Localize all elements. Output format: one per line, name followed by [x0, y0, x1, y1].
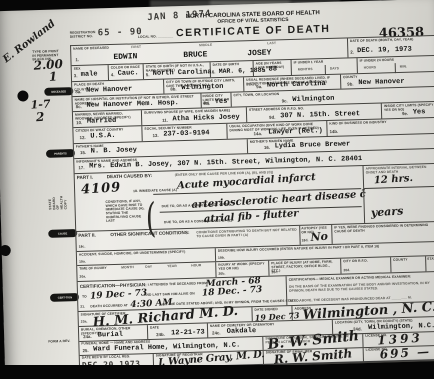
day-label: DAY: [145, 265, 152, 269]
last-saw-label: AND LAST SAW HIM ALIVE ON: [144, 292, 195, 297]
section-part1-cause: PART I. DEATH CAUSED BY: (ENTER ONLY ONE…: [75, 166, 365, 231]
death-occurred-label: DEATH OCCURRED AT: [90, 304, 128, 309]
under24-divider: [395, 63, 396, 73]
field-injury-city: CITY OR R.F.D. 20d.: [341, 257, 391, 273]
mother-value: Lydia Bruce Brewer: [275, 140, 351, 150]
burial-no: 24a.: [83, 335, 92, 340]
injury-at-work-no: 20b.: [218, 272, 225, 276]
pod-inside-no: 8d.: [204, 101, 210, 106]
field-date-signed: DATE SIGNED 19 Dec 73: [252, 306, 292, 321]
ssn-value: 237-03-9194: [163, 129, 209, 138]
section-certification-physician: CERTIFICATION—PHYSICIAN: I ATTENDED THE …: [78, 276, 288, 311]
min-label: MIN.: [400, 65, 407, 69]
first-label: FIRST: [131, 45, 141, 49]
field-burial-date: DATE 24b.12-21-73: [148, 323, 208, 339]
dob-no: 6.: [212, 70, 216, 74]
registration-district-label: REGISTRATION DISTRICT NO.: [70, 30, 96, 38]
race-value: Cauc.: [118, 69, 139, 78]
field-citizenship: CITIZEN OF WHAT COUNTRY 12.U.S.A.: [73, 126, 142, 143]
microfilm-frame: E. Rowland TYPE OR PRINT IN PERMANENT BL…: [0, 0, 434, 379]
margin-note-2: 2: [36, 110, 45, 124]
age-no: 7.: [262, 69, 266, 73]
hole-punch-bottom: [0, 245, 11, 256]
cert-examiner-text: ON THE BASIS OF THE EXAMINATION OF THE B…: [289, 281, 434, 293]
field-ssn: SOCIAL SECURITY NUMBER 13.237-03-9194: [142, 124, 227, 141]
field-residence-state: USUAL RESIDENCE (WHERE DECEASED LIVED. I…: [244, 75, 341, 92]
field-marital-status: MARRIED, NEVER MARRIED, WIDOWED, DIVORCE…: [73, 110, 142, 127]
tab-certification-label: CERT-TION: [57, 296, 71, 299]
injury-county-label: COUNTY: [393, 258, 408, 262]
conditions-note: CONDITIONS, IF ANY, WHICH GAVE RISE TO I…: [105, 199, 146, 223]
location-value: Wilmington, N.C.: [368, 322, 434, 332]
field-burial: BURIAL, CREMATION, OTHER (SPECIFY) 24a.B…: [79, 325, 148, 341]
interval-a-value: 12 hrs.: [374, 173, 414, 186]
residence-city-label: CITY, TOWN, OR LOCATION: [233, 92, 279, 97]
first-name: EDWIN: [113, 52, 137, 62]
funeral-home-no: 25.: [83, 349, 89, 354]
field-embalmer-license: LICENSE NO. 695 —: [364, 346, 434, 362]
field-residence-county: COUNTY 9b.New Hanover: [341, 72, 434, 89]
injury-city-no: 20d.: [343, 268, 350, 272]
film-bottom-band: [0, 365, 434, 379]
field-pod-inside-limits: INSIDE CITY LIMITS (YES OR NO) 8d.Yes: [201, 93, 231, 108]
field-injury-state: STATE: [426, 256, 434, 271]
form-grid: NAME OF DECEASED FIRST MIDDLE LAST 1. ED…: [70, 35, 434, 371]
field-if-under-1-year: IF UNDER 1 YEAR MONTHS DAYS: [292, 58, 358, 75]
column-interval: APPROXIMATE INTERVAL BETWEEN ONSET AND D…: [364, 164, 434, 223]
birth-state-value: North Carolina: [153, 68, 212, 78]
pod-city-value: Wilmington: [181, 83, 223, 92]
death-caused-label: DEATH CAUSED BY:: [107, 173, 153, 179]
dod-value: DEC. 19, 1973: [357, 46, 412, 56]
place-of-injury-label: PLACE OF INJURY (AT HOME, FARM, STREET, …: [271, 260, 339, 273]
days-label: DAYS: [330, 67, 339, 71]
middle-label: MIDDLE: [199, 43, 212, 47]
part2-label: PART II.: [78, 233, 96, 239]
tab-parents-label: PARENTS: [54, 152, 67, 155]
field-age: AGE (IN YEARS LAST BIRTHDAY) 7.88: [254, 60, 292, 76]
residence-inside-no: 9e.: [402, 112, 408, 117]
field-race: COLOR OR RACE 4.Cauc.: [109, 64, 144, 80]
other-conditions-sub: CONDITIONS CONTRIBUTING TO DEATH BUT NOT…: [196, 228, 297, 238]
ssn-no: 13.: [153, 134, 159, 139]
residence-inside-value: Yes: [413, 108, 426, 116]
field-findings-considered: IF YES, WERE FINDINGS CONSIDERED IN DETE…: [332, 222, 434, 244]
sex-no: 3.: [74, 74, 78, 78]
under1-divider: [325, 65, 326, 75]
occupation-no: 14a.: [254, 132, 263, 137]
spouse-no: 11.: [162, 119, 168, 124]
residence-city-value: Wilmington: [292, 95, 334, 104]
margin-note-1: 1: [48, 69, 57, 83]
under1-label: IF UNDER 1 YEAR: [294, 60, 324, 65]
certifier-signature-no: 23a.: [81, 320, 88, 324]
sex-value: male: [81, 70, 98, 78]
field-date-of-birth: DATE OF BIRTH 6.MAR. 6, 1885: [211, 61, 254, 77]
pod-county-no: 8a.: [75, 90, 81, 95]
field-sex: SEX 3.male: [72, 65, 109, 81]
street-no: 9d.: [269, 116, 275, 121]
dod-label: DATE OF DEATH (MONTH, DAY, YEAR): [350, 38, 413, 44]
marital-no: 10.: [76, 121, 82, 126]
part1-label: PART I.: [77, 175, 93, 181]
field-date-of-death: DATE OF DEATH (MONTH, DAY, YEAR) 2.DEC. …: [348, 36, 434, 57]
pod-inside-value: Yes: [215, 98, 228, 106]
residence-county-value: New Hanover: [358, 78, 404, 87]
embalmer-license-value: 695 —: [379, 344, 431, 361]
dod-no: 2.: [350, 50, 354, 54]
registration-district-number: 65 - 90: [98, 27, 143, 38]
field-pod-county: PLACE OF DEATH COUNTY 8a.New Hanover: [72, 80, 164, 97]
last-name: JOSEY: [247, 49, 271, 59]
hospital-no: 8c.: [76, 105, 82, 110]
field-if-under-24-hours: IF UNDER 24 HOURS HOURS MIN.: [358, 56, 434, 73]
death-certificate: E. Rowland TYPE OR PRINT IN PERMANENT BL…: [0, 0, 434, 371]
age-value: 88: [269, 65, 278, 73]
citizen-no: 12.: [80, 136, 86, 141]
received-label: DATE REC'D BY LOCAL REG.: [82, 354, 152, 360]
attended-label: I ATTENDED THE DECEASED FROM: [148, 281, 207, 286]
occupation-value: Lawyer (Ret.): [268, 127, 323, 137]
tab-parents: PARENTS: [46, 149, 75, 158]
field-pod-city: CITY OR TOWN (IF OUTSIDE CITY LIMITS, GI…: [164, 77, 244, 93]
residence-state-no: 9a.: [256, 85, 262, 90]
autopsy-item-no: 18d.: [302, 239, 309, 243]
death-occurred-no: 21.: [80, 305, 85, 309]
industry-label: KIND OF BUSINESS OR INDUSTRY: [329, 120, 386, 125]
father-value: N. B. Josey: [91, 146, 137, 155]
under24-label: IF UNDER 24 HOURS: [360, 58, 395, 63]
other-conditions-label: OTHER SIGNIFICANT CONDITIONS:: [110, 230, 189, 237]
cause-code-handwritten: 4109: [81, 180, 122, 197]
industry-no: 14b.: [330, 130, 339, 135]
findings-label: IF YES, WERE FINDINGS CONSIDERED IN DETE…: [334, 223, 434, 234]
dob-label: DATE OF BIRTH: [213, 62, 239, 67]
pod-county-value: New Hanover: [86, 85, 132, 94]
interval-c-value: years: [370, 204, 403, 219]
name-label: NAME OF DECEASED: [73, 46, 109, 51]
injury-at-work-label: INJURY AT WORK (SPECIFY YES OR NO): [218, 262, 267, 271]
other-no: 18c.: [79, 245, 86, 249]
tab-cause-label: CAUSE: [58, 232, 67, 235]
copy-designation: STATE BOARD OF HEALTH COPY: [48, 194, 67, 209]
examiner-no: 22.: [289, 299, 294, 303]
year-label: YEAR: [167, 264, 177, 268]
hours-label: HOURS: [364, 66, 376, 70]
last-label: LAST: [267, 41, 276, 45]
injury-city-label: CITY OR R.F.D.: [343, 259, 368, 263]
to-label: TO: [82, 295, 87, 299]
burial-date-value: 12-21-73: [171, 329, 205, 338]
field-state-of-birth: STATE OF BIRTH (IF NOT IN U.S.A., NAME C…: [144, 62, 211, 79]
field-surviving-spouse: SURVIVING SPOUSE (IF WIFE, GIVE MAIDEN N…: [142, 107, 247, 125]
spouse-value: Atha Hicks Josey: [172, 113, 239, 123]
name-no: 1.: [75, 58, 79, 62]
cemetery-no: 24c.: [212, 331, 221, 336]
accident-no: 19a.: [79, 260, 86, 264]
field-industry: KIND OF BUSINESS OR INDUSTRY 14b.: [327, 118, 434, 136]
birth-state-no: 5.: [146, 73, 150, 77]
hospital-value: New Hanover Mem. Hosp.: [86, 99, 179, 110]
place-of-injury-no: 20c.: [271, 270, 278, 274]
informant-no: 17.: [78, 166, 84, 171]
race-no: 4.: [111, 73, 115, 77]
hole-punch-top: [17, 90, 28, 101]
mother-no: 16.: [264, 146, 270, 151]
field-injury-county: COUNTY: [391, 256, 426, 272]
tab-deceased-label: DECEASED: [51, 90, 66, 93]
field-embalmer-signature: SIGNATURE OF EMBALMER R. W. Smith: [264, 348, 364, 365]
month-label: MONTH: [121, 265, 134, 269]
field-autopsy: AUTOPSY (YES OR NO) 18d. No: [300, 225, 333, 245]
middle-name: BRUCE: [183, 50, 207, 60]
field-occupation: USUAL OCCUPATION (GIVE KIND OF WORK DONE…: [227, 121, 327, 139]
form-revision-note: FORM A REV.: [48, 339, 70, 343]
citizen-value: U.S.A.: [90, 132, 115, 141]
marital-value: Married: [87, 117, 117, 126]
header-title-block: NORTH CAROLINA STATE BOARD OF HEALTH OFF…: [160, 9, 346, 39]
tab-certification: CERT-TION: [50, 293, 79, 302]
residence-state-value: North Carolina: [267, 80, 326, 90]
time-of-injury-no: 20a.: [79, 275, 86, 279]
tab-cause: CAUSE: [48, 229, 77, 238]
autopsy-value: No: [310, 230, 328, 244]
accident-label: ACCIDENT, SUICIDE, HOMICIDE, OR UNDETERM…: [79, 249, 211, 256]
injury-state-label: STATE: [427, 257, 434, 261]
residence-city-no: 9c.: [282, 99, 288, 104]
describe-no: 19b.: [218, 256, 225, 260]
burial-date-no: 24b.: [156, 333, 165, 338]
residence-county-no: 9b.: [347, 82, 353, 87]
months-label: MONTHS: [298, 67, 313, 71]
burial-value: Burial: [98, 331, 123, 340]
time-of-injury-label: TIME OF INJURY: [79, 266, 107, 271]
field-residence-inside-limits: INSIDE CITY LIMITS (SPECIFY YES OR NO) 9…: [382, 102, 434, 119]
tab-deceased: DECEASED: [44, 87, 73, 96]
hour-label: HOUR: [191, 264, 201, 268]
father-no: 15.: [80, 151, 86, 156]
cemetery-value: Oakdale: [227, 327, 257, 336]
street-value: 307 N. 15th. Street: [280, 110, 360, 120]
field-injury-at-work: INJURY AT WORK (SPECIFY YES OR NO) 20b.: [216, 261, 269, 277]
pod-city-no: 8b.: [170, 87, 176, 92]
field-place-of-injury: PLACE OF INJURY (AT HOME, FARM, STREET, …: [269, 259, 341, 276]
